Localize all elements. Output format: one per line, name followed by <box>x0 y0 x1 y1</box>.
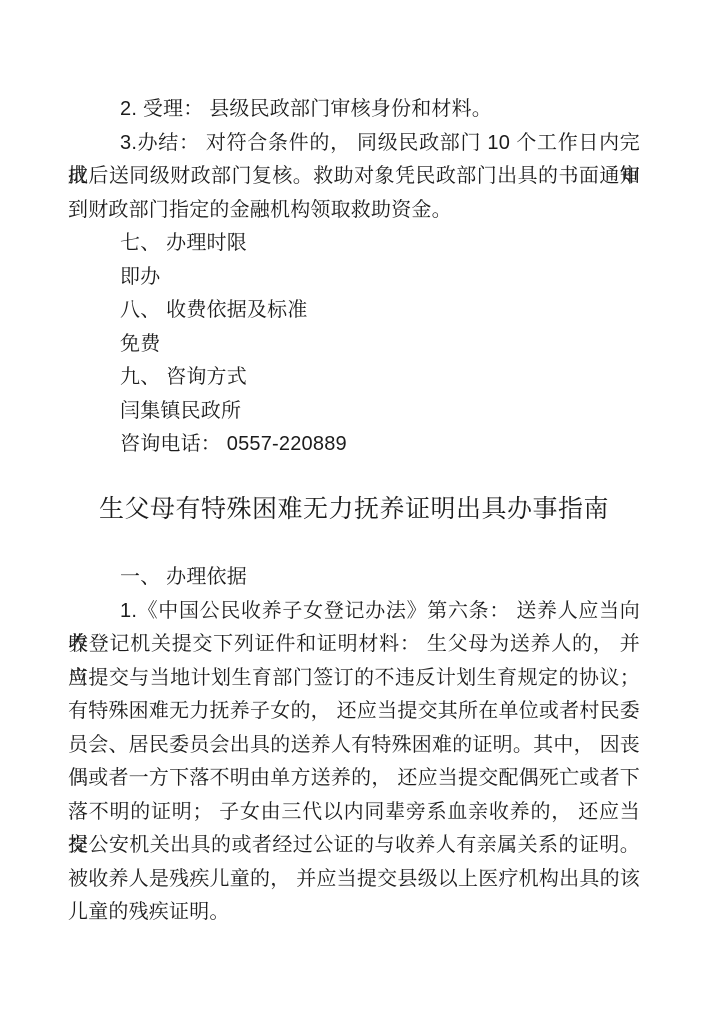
step-2-acceptance-line: 2. 受理： 县级民政部门审核身份和材料。 <box>68 93 640 127</box>
basis-paragraph-line-5: 员会、居民委员会出具的送养人有特殊困难的证明。其中， 因丧 <box>68 729 640 763</box>
section-1-heading: 一、 办理依据 <box>68 561 640 595</box>
section-9-office: 闫集镇民政所 <box>68 395 640 429</box>
step-3-completion-line-1: 3.办结： 对符合条件的， 同级民政部门 10 个工作日内完成审 <box>68 127 640 161</box>
basis-paragraph-line-10: 儿童的残疾证明。 <box>68 896 640 930</box>
document-page: 2. 受理： 县级民政部门审核身份和材料。3.办结： 对符合条件的， 同级民政部… <box>0 0 715 1011</box>
bottom-section: 一、 办理依据1.《中国公民收养子女登记办法》第六条： 送养人应当向收养登记机关… <box>68 561 640 930</box>
basis-paragraph-line-4: 有特殊困难无力抚养子女的， 还应当提交其所在单位或者村民委 <box>68 695 640 729</box>
top-section: 2. 受理： 县级民政部门审核身份和材料。3.办结： 对符合条件的， 同级民政部… <box>68 93 640 462</box>
basis-paragraph-line-3: 当提交与当地计划生育部门签订的不违反计划生育规定的协议； <box>68 662 640 696</box>
basis-paragraph-line-6: 偶或者一方下落不明由单方送养的， 还应当提交配偶死亡或者下 <box>68 762 640 796</box>
basis-paragraph-line-2: 养登记机关提交下列证件和证明材料： 生父母为送养人的， 并应 <box>68 628 640 662</box>
basis-paragraph-line-1: 1.《中国公民收养子女登记办法》第六条： 送养人应当向收 <box>68 595 640 629</box>
basis-paragraph-line-7: 落不明的证明； 子女由三代以内同辈旁系血亲收养的， 还应当提 <box>68 796 640 830</box>
section-8-fee: 免费 <box>68 328 640 362</box>
section-8-heading: 八、 收费依据及标准 <box>68 294 640 328</box>
document-title: 生父母有特殊困难无力抚养证明出具办事指南 <box>68 490 640 528</box>
section-7-heading: 七、 办理时限 <box>68 227 640 261</box>
section-9-phone: 咨询电话： 0557-220889 <box>68 428 640 462</box>
basis-paragraph-line-8: 交公安机关出具的或者经过公证的与收养人有亲属关系的证明。 <box>68 829 640 863</box>
step-3-completion-line-2: 批后送同级财政部门复核。救助对象凭民政部门出具的书面通知 <box>68 160 640 194</box>
basis-paragraph-line-9: 被收养人是残疾儿童的， 并应当提交县级以上医疗机构出具的该 <box>68 863 640 897</box>
step-3-completion-line-3: 到财政部门指定的金融机构领取救助资金。 <box>68 194 640 228</box>
section-9-heading: 九、 咨询方式 <box>68 361 640 395</box>
section-7-time-limit: 即办 <box>68 261 640 295</box>
